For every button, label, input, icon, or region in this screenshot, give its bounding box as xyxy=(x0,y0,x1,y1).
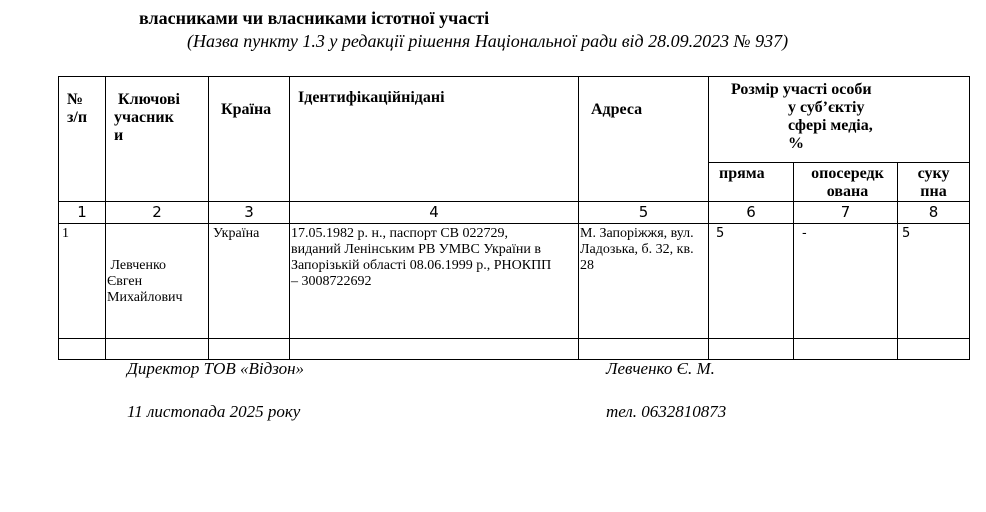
column-number: 4 xyxy=(290,202,579,224)
column-number: 8 xyxy=(898,202,970,224)
cell-name: ЛевченкоЄвгенМихайлович xyxy=(106,224,209,339)
cell-identification: 17.05.1982 р. н., паспорт СВ 022729,вида… xyxy=(290,224,579,339)
cell-number: 1 xyxy=(59,224,106,339)
document-title: власниками чи власниками істотної участі xyxy=(139,8,489,29)
column-number: 1 xyxy=(59,202,106,224)
header-participation-size: Розмір участі особи у суб’єктіу сфері ме… xyxy=(709,77,970,163)
header-identification: Ідентифікаційнідані xyxy=(290,77,579,202)
owners-table: №з/п Ключовіучасники Країна Ідентифікаці… xyxy=(58,76,970,360)
cell-address: М. Запоріжжя, вул.Ладозька, б. 32, кв.28 xyxy=(579,224,709,339)
header-direct: пряма xyxy=(709,163,794,202)
signatory-phone: тел. 0632810873 xyxy=(606,402,726,422)
document-subtitle: (Назва пункту 1.3 у редакції рішення Нац… xyxy=(187,31,788,52)
cell-direct: 5 xyxy=(709,224,794,339)
header-address: Адреса xyxy=(579,77,709,202)
column-number: 2 xyxy=(106,202,209,224)
column-number: 6 xyxy=(709,202,794,224)
column-number: 3 xyxy=(209,202,290,224)
signature-date: 11 листопада 2025 року xyxy=(127,402,300,422)
empty-cell xyxy=(290,339,579,360)
column-number: 7 xyxy=(794,202,898,224)
column-number: 5 xyxy=(579,202,709,224)
empty-cell xyxy=(579,339,709,360)
empty-cell xyxy=(209,339,290,360)
table-row: 1 ЛевченкоЄвгенМихайлович Україна 17.05.… xyxy=(59,224,970,339)
header-key-participants: Ключовіучасники xyxy=(106,77,209,202)
empty-cell xyxy=(59,339,106,360)
empty-cell xyxy=(794,339,898,360)
header-total: сукупна xyxy=(898,163,970,202)
empty-cell xyxy=(898,339,970,360)
empty-cell xyxy=(709,339,794,360)
header-indirect: опосередкована xyxy=(794,163,898,202)
cell-total: 5 xyxy=(898,224,970,339)
header-country: Країна xyxy=(209,77,290,202)
header-number: №з/п xyxy=(59,77,106,202)
empty-cell xyxy=(106,339,209,360)
table-row-empty xyxy=(59,339,970,360)
cell-indirect: - xyxy=(794,224,898,339)
signatory-position: Директор ТОВ «Відзон» xyxy=(127,359,304,379)
signatory-name: Левченко Є. М. xyxy=(606,359,715,379)
cell-country: Україна xyxy=(209,224,290,339)
